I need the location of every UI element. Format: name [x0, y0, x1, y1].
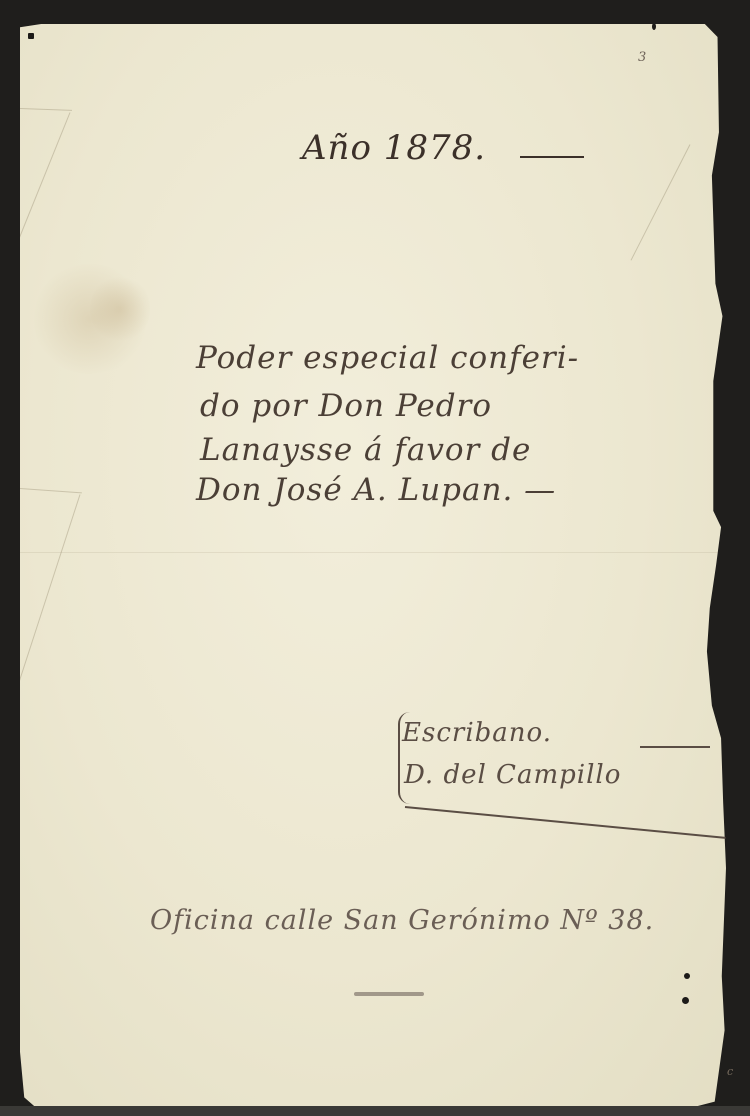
corner-mark: c — [727, 1065, 734, 1078]
paper-crease — [20, 108, 72, 111]
signature-role: Escribano. — [402, 718, 552, 748]
paper-crease — [20, 488, 82, 493]
title-flourish-dash — [520, 156, 584, 158]
body-line-3: Lanaysse á favor de — [200, 432, 531, 468]
body-line-1: Poder especial conferi- — [196, 340, 579, 376]
water-stain — [90, 274, 150, 344]
paper-hole — [28, 33, 34, 39]
body-line-2: do por Don Pedro — [200, 388, 492, 424]
signature-name: D. del Campillo — [404, 760, 621, 790]
pencil-mark — [354, 992, 424, 996]
document-title: Año 1878. — [302, 128, 486, 168]
body-line-4: Don José A. Lupan. — — [196, 472, 556, 508]
paper-crease — [20, 552, 720, 553]
paper-hole — [684, 973, 690, 979]
signature-dash — [640, 746, 710, 748]
office-address: Oficina calle San Gerónimo Nº 38. — [150, 905, 654, 936]
paper-crease — [6, 112, 71, 270]
page-number-mark: 3 — [638, 50, 647, 65]
frame-bottom-edge — [0, 1106, 750, 1116]
document-paper — [20, 24, 726, 1106]
paper-crease — [18, 494, 81, 685]
paper-hole — [652, 23, 656, 30]
paper-hole — [682, 997, 689, 1004]
paper-crease — [631, 144, 691, 260]
